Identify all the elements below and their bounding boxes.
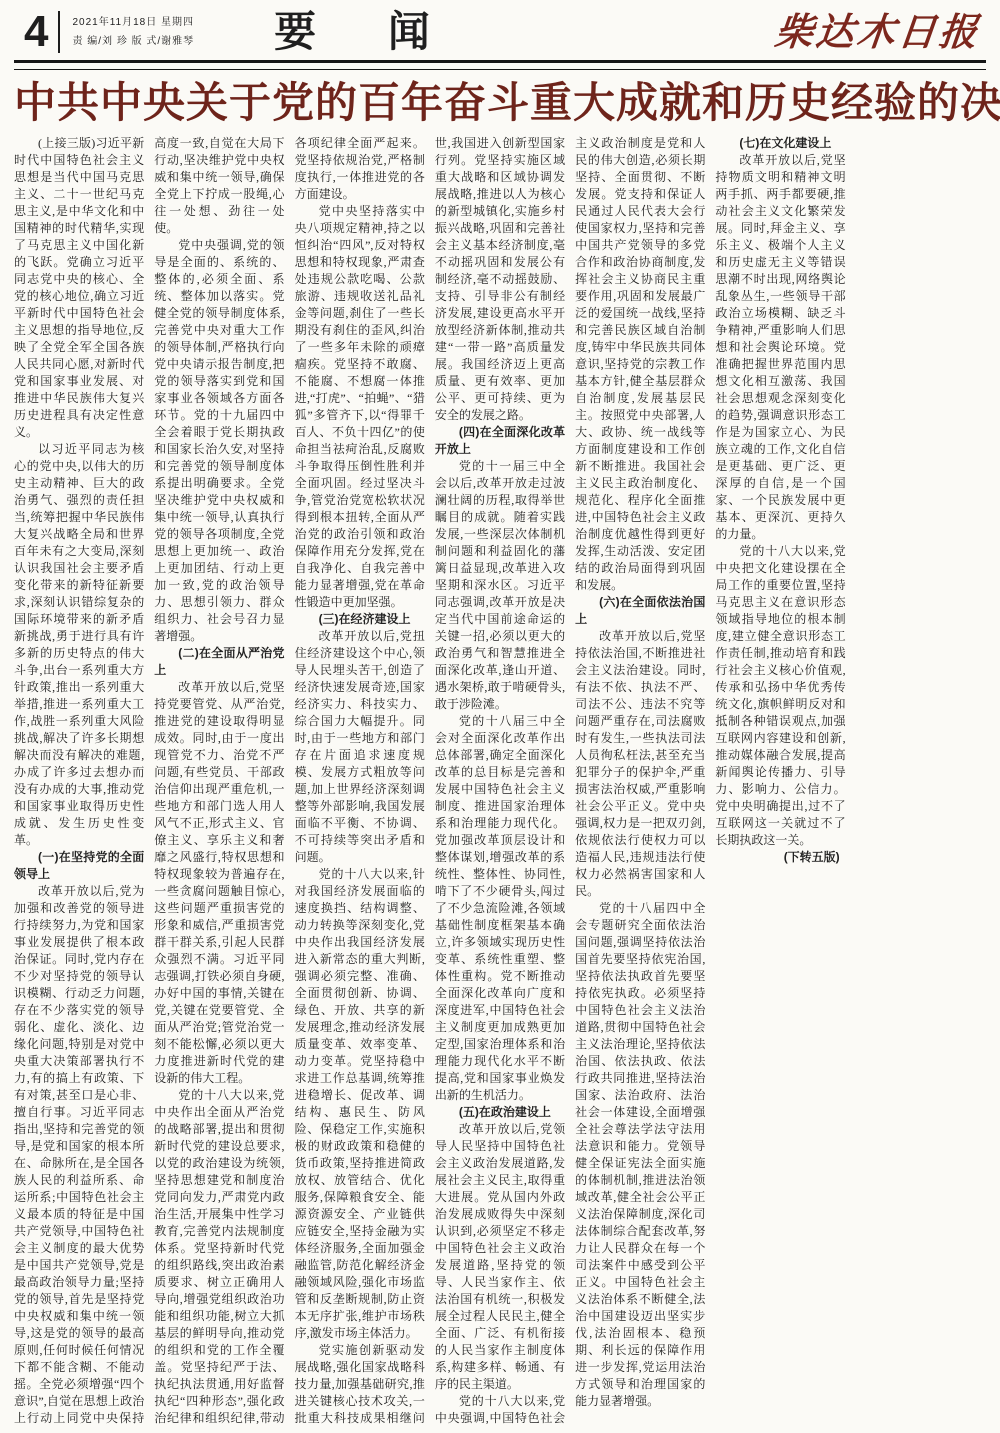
- section-heading: (三)在经济建设上: [295, 611, 425, 628]
- newspaper-masthead: 柴达木日报: [773, 13, 982, 51]
- page-header: 4 2021年11月18日 星期四 责 编/刘 珍 版 式/谢雅琴 要 闻 柴达…: [14, 6, 986, 58]
- newspaper-page: 4 2021年11月18日 星期四 责 编/刘 珍 版 式/谢雅琴 要 闻 柴达…: [0, 0, 1000, 1431]
- body-paragraph: 改革开放以后,党扭住经济建设这个中心,领导人民埋头苦干,创造了经济快速发展奇迹,…: [295, 628, 425, 866]
- body-paragraph: 党的十八届四中全会专题研究全面依法治国问题,强调坚持依法治国首先要坚持依宪治国,…: [575, 900, 705, 1410]
- body-paragraph: 党的十八大以来,党中央把文化建设摆在全局工作的重要位置,坚持马克思主义在意识形态…: [715, 543, 845, 849]
- body-paragraph: 改革开放以后,党坚持物质文明和精神文明两手抓、两手都要硬,推动社会主义文化繁荣发…: [715, 152, 845, 543]
- body-paragraph: 党中央强调,党的领导是全面的、系统的、整体的,必须全面、系统、整体加以落实。党健…: [154, 237, 284, 645]
- section-heading: (一)在坚持党的全面领导上: [14, 849, 144, 883]
- body-paragraph: 改革开放以后,党坚持党要管党、从严治党,推进党的建设取得明显成效。同时,由于一度…: [154, 679, 284, 1087]
- date-text: 2021年11月18日 星期四: [72, 13, 194, 32]
- section-title: 要 闻: [264, 11, 460, 53]
- body-paragraph: 党中央坚持落实中央八项规定精神,持之以恒纠治“四风”,反对特权思想和特权现象,严…: [295, 203, 425, 611]
- body-paragraph: 党的十八大以来,针对我国经济发展面临的速度换挡、结构调整、动力转换等深刻变化,党…: [295, 866, 425, 1342]
- section-heading: (四)在全面深化改革开放上: [435, 424, 565, 458]
- body-paragraph: 党的十一届三中全会以后,改革开放走过波澜壮阔的历程,取得举世瞩目的成就。随着实践…: [435, 458, 565, 713]
- section-heading: (二)在全面从严治党上: [154, 645, 284, 679]
- section-heading: (七)在文化建设上: [715, 135, 845, 152]
- double-rule: [14, 60, 986, 70]
- body-paragraph: 改革开放以后,党领导人民坚持中国特色社会主义政治发展道路,发展社会主义民主,取得…: [435, 1121, 565, 1393]
- body-paragraph: 改革开放以后,党坚持依法治国,不断推进社会主义法治建设。同时,有法不依、执法不严…: [575, 628, 705, 900]
- body-paragraph: (上接三版)习近平新时代中国特色社会主义思想是当代中国马克思主义、二十一世纪马克…: [14, 135, 144, 441]
- date-block: 2021年11月18日 星期四 责 编/刘 珍 版 式/谢雅琴: [72, 13, 194, 51]
- page-number: 4: [14, 10, 56, 54]
- header-divider: [58, 11, 60, 53]
- article-body: (上接三版)习近平新时代中国特色社会主义思想是当代中国马克思主义、二十一世纪马克…: [14, 135, 986, 1431]
- article-headline: 中共中央关于党的百年奋斗重大成就和历史经验的决议: [14, 79, 986, 127]
- body-paragraph: 党的十八届三中全会对全面深化改革作出总体部署,确定全面深化改革的总目标是完善和发…: [435, 713, 565, 1104]
- editors-text: 责 编/刘 珍 版 式/谢雅琴: [72, 32, 194, 51]
- continuation-note: (下转五版): [715, 849, 845, 866]
- section-heading: (六)在全面依法治国上: [575, 594, 705, 628]
- section-heading: (五)在政治建设上: [435, 1104, 565, 1121]
- body-paragraph: 以习近平同志为核心的党中央,以伟大的历史主动精神、巨大的政治勇气、强烈的责任担当…: [14, 441, 144, 849]
